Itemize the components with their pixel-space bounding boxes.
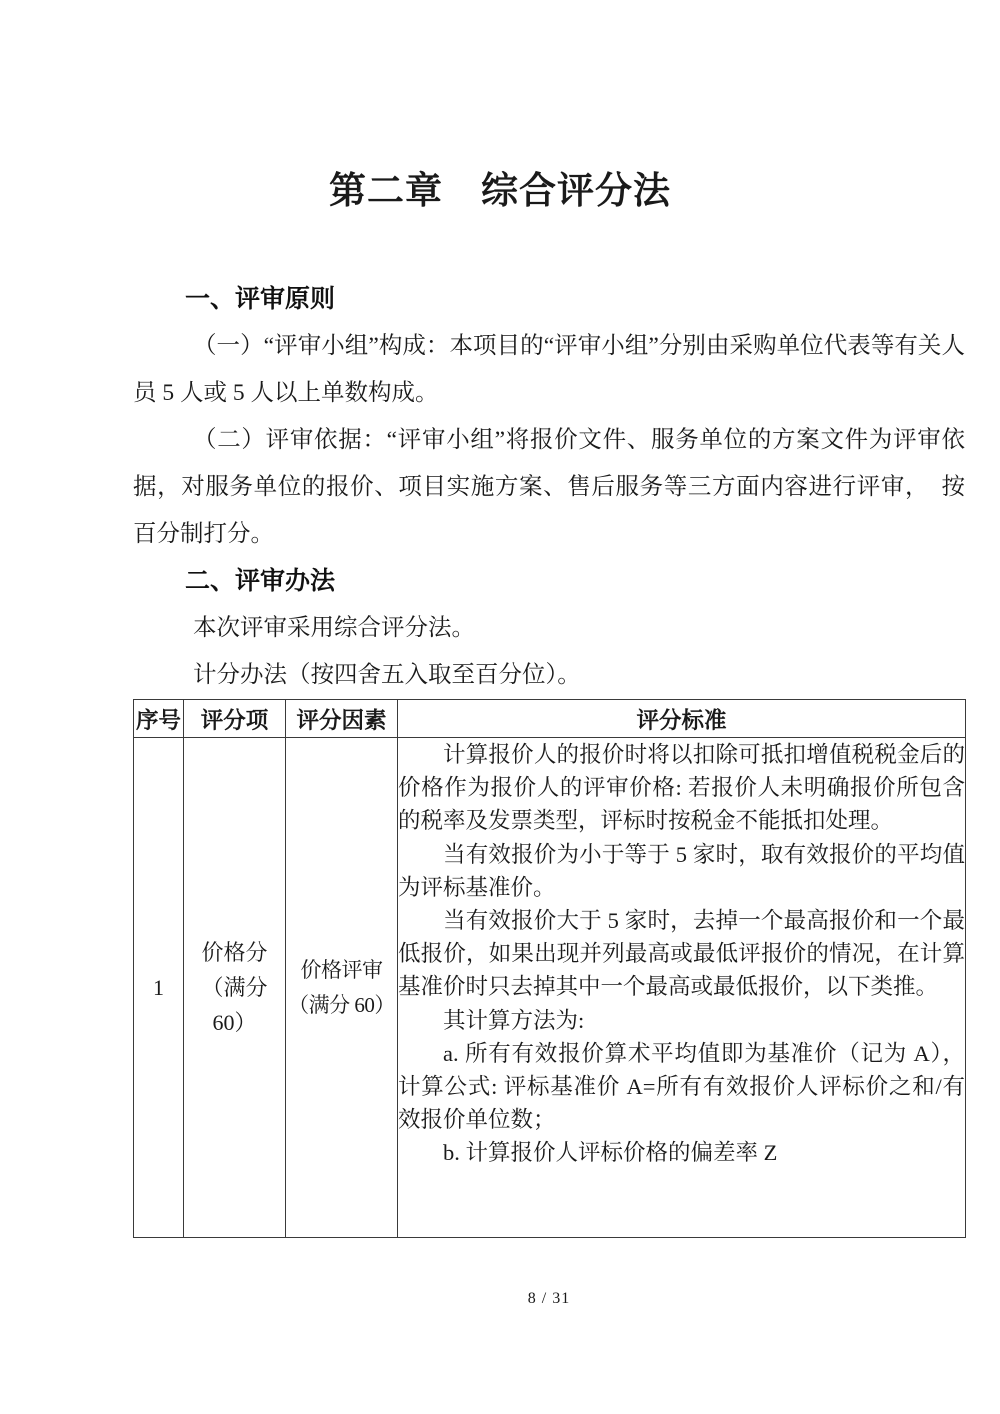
column-header-standard: 评分标准 [398,700,966,738]
standard-paragraph-5: a. 所有有效报价算术平均值即为基准价（记为 A），计算公式: 评标基准价 A=… [398,1037,965,1137]
table-row: 1 价格分（满分 60） 价格评审（满分 60） 计算报价人的报价时将以扣除可抵… [134,738,966,1238]
scoring-table: 序号 评分项 评分因素 评分标准 1 价格分（满分 60） 价格评审（满分 60… [133,699,966,1238]
standard-paragraph-6: b. 计算报价人评标价格的偏差率 Z [398,1136,965,1169]
chapter-title: 第二章 综合评分法 [0,0,1000,218]
cell-score-item: 价格分（满分 60） [184,738,286,1238]
section-2-paragraph-1: 本次评审采用综合评分法。 [133,605,965,652]
section-2-heading: 二、评审办法 [185,558,965,605]
standard-paragraph-4: 其计算方法为: [398,1004,965,1037]
page-number: 8 / 31 [133,1290,965,1308]
standard-paragraph-1: 计算报价人的报价时将以扣除可抵扣增值税税金后的价格作为报价人的评审价格: 若报价… [398,738,965,838]
document-page: 第二章 综合评分法 一、评审原则 （一）“评审小组”构成：本项目的“评审小组”分… [0,0,1000,1414]
cell-score-factor: 价格评审（满分 60） [286,738,398,1238]
scoring-table-header: 序号 评分项 评分因素 评分标准 [134,700,966,738]
standard-paragraph-2: 当有效报价为小于等于 5 家时，取有效报价的平均值为评标基准价。 [398,838,965,904]
section-1-paragraph-1: （一）“评审小组”构成：本项目的“评审小组”分别由采购单位代表等有关人员 5 人… [133,323,965,417]
cell-row-number: 1 [134,738,184,1238]
section-1-paragraph-2: （二）评审依据：“评审小组”将报价文件、服务单位的方案文件为评审依据，对服务单位… [133,417,965,558]
column-header-item: 评分项 [184,700,286,738]
column-header-factor: 评分因素 [286,700,398,738]
body-text: 一、评审原则 （一）“评审小组”构成：本项目的“评审小组”分别由采购单位代表等有… [133,276,965,699]
cell-score-standard: 计算报价人的报价时将以扣除可抵扣增值税税金后的价格作为报价人的评审价格: 若报价… [398,738,966,1238]
header-row: 序号 评分项 评分因素 评分标准 [134,700,966,738]
section-2-paragraph-2: 计分办法（按四舍五入取至百分位）。 [133,652,965,699]
section-1-heading: 一、评审原则 [185,276,965,323]
column-header-no: 序号 [134,700,184,738]
scoring-table-body: 1 价格分（满分 60） 价格评审（满分 60） 计算报价人的报价时将以扣除可抵… [134,738,966,1238]
standard-paragraph-3: 当有效报价大于 5 家时，去掉一个最高报价和一个最低报价，如果出现并列最高或最低… [398,904,965,1004]
